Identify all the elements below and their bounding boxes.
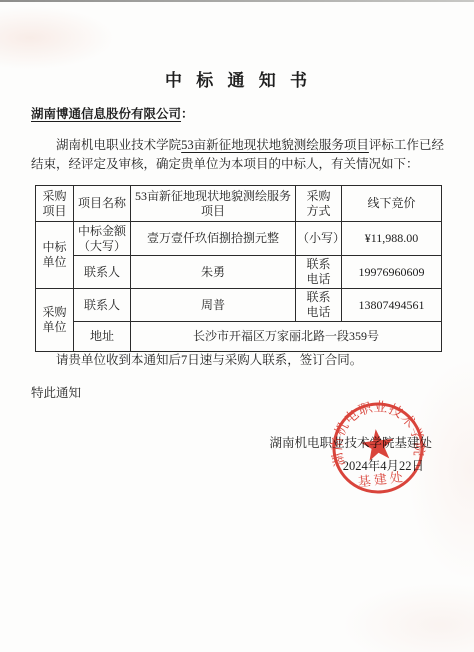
notice-paragraph: 请贵单位收到本通知后7日速与采购人联系，签订合同。	[31, 350, 444, 368]
cell-group-procurement-project: 采购 项目	[36, 186, 74, 222]
page-title: 中 标 通 知 书	[0, 66, 474, 91]
cell-value-amount-words: 壹万壹仟玖佰捌拾捌元整	[131, 222, 296, 256]
cell-value-project-name: 53亩新征地现状地貌测绘服务 项目	[131, 186, 296, 222]
table-row: 中标 单位 中标金额 （大写） 壹万壹仟玖佰捌拾捌元整 （小写） ¥11,988…	[36, 222, 442, 256]
cell-label-amount-words: 中标金额 （大写）	[74, 222, 131, 256]
official-seal-stamp: 湖南机电职业技术学院 基建处	[311, 381, 445, 515]
cell-value-bidder-contact: 朱勇	[131, 256, 296, 289]
table-row: 采购 项目 项目名称 53亩新征地现状地貌测绘服务 项目 采购 方式 线下竞价	[36, 186, 442, 222]
cell-value-purchaser-contact: 周普	[131, 289, 296, 322]
body-text-prefix: 湖南机电职业技术学院	[56, 138, 181, 152]
cell-label-address: 地址	[74, 322, 131, 352]
cell-label-amount-figures: （小写）	[296, 222, 342, 256]
cell-label-procurement-method: 采购 方式	[296, 186, 342, 222]
cell-label-purchaser-phone: 联系 电话	[296, 289, 342, 322]
cell-label-purchaser-contact: 联系人	[74, 289, 131, 322]
scan-edge-line	[0, 0, 474, 2]
cell-value-address: 长沙市开福区万家丽北路一段359号	[131, 322, 442, 352]
document-page: 中 标 通 知 书 湖南博通信息股份有限公司： 湖南机电职业技术学院53亩新征地…	[0, 0, 474, 652]
addressee-line: 湖南博通信息股份有限公司：	[31, 104, 194, 122]
closing-phrase: 特此通知	[31, 383, 81, 401]
addressee-company: 湖南博通信息股份有限公司	[31, 107, 181, 121]
cell-group-winning-bidder: 中标 单位	[36, 222, 74, 289]
addressee-colon: ：	[181, 107, 194, 121]
body-paragraph: 湖南机电职业技术学院53亩新征地现状地貌测绘服务项目评标工作已经结束，经评定及审…	[31, 136, 444, 173]
cell-label-bidder-contact: 联系人	[74, 256, 131, 289]
stamp-star-icon	[360, 427, 396, 462]
project-name-underlined: 53亩新征地现状地貌测绘服务项目	[181, 138, 369, 152]
cell-value-bidder-phone: 19976960609	[342, 256, 442, 289]
cell-label-bidder-phone: 联系 电话	[296, 256, 342, 289]
cell-value-amount-figures: ¥11,988.00	[342, 222, 442, 256]
cell-label-project-name: 项目名称	[74, 186, 131, 222]
cell-value-purchaser-phone: 13807494561	[342, 289, 442, 322]
cell-group-purchaser: 采购 单位	[36, 289, 74, 352]
award-table: 采购 项目 项目名称 53亩新征地现状地貌测绘服务 项目 采购 方式 线下竞价 …	[35, 185, 442, 352]
table-row: 地址 长沙市开福区万家丽北路一段359号	[36, 322, 442, 352]
table-row: 联系人 朱勇 联系 电话 19976960609	[36, 256, 442, 289]
cell-value-procurement-method: 线下竞价	[342, 186, 442, 222]
table-row: 采购 单位 联系人 周普 联系 电话 13807494561	[36, 289, 442, 322]
